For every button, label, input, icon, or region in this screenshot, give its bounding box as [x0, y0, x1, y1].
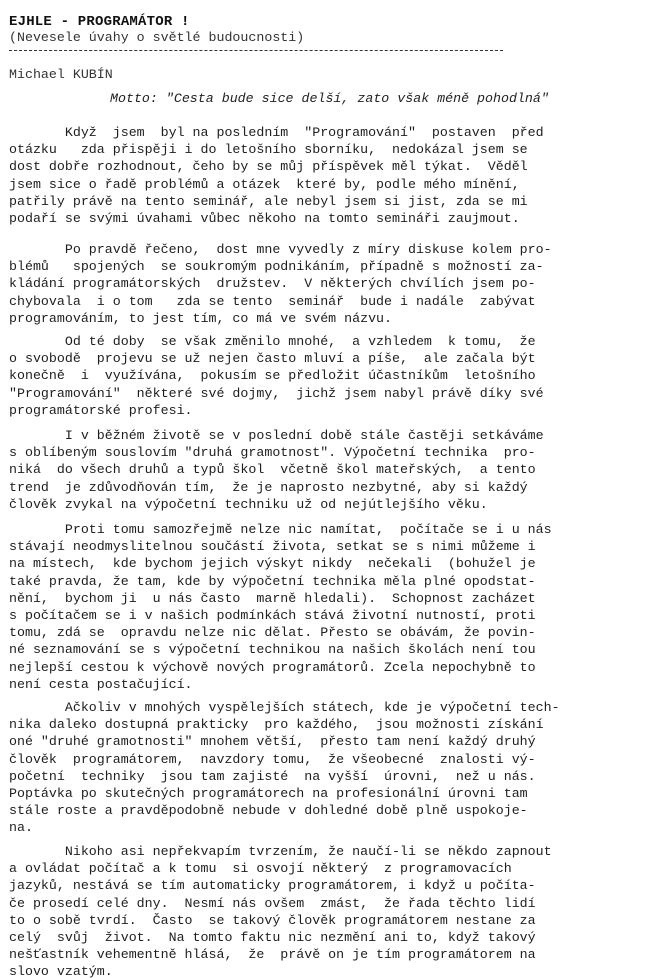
text-line: I v běžném životě se v poslední době stá…: [9, 427, 659, 444]
text-line: s oblíbeným souslovím "druhá gramotnost"…: [9, 444, 659, 461]
text-line: né seznamování se s výpočetní technikou …: [9, 641, 659, 658]
text-line: slovo vzatým.: [9, 963, 659, 978]
text-line: nika daleko dostupná prakticky pro každé…: [9, 716, 659, 733]
text-line: není cesta postačující.: [9, 676, 659, 693]
text-line: blémů spojených se soukromým podnikáním,…: [9, 258, 659, 275]
text-line: stávají neodmyslitelnou součástí života,…: [9, 538, 659, 555]
text-line: Když jsem byl na posledním "Programování…: [9, 124, 659, 141]
text-line: če prosedí celé dny. Nesmí nás ovšem zmá…: [9, 895, 659, 912]
text-line: s počítačem se i v našich podmínkách stá…: [9, 607, 659, 624]
text-line: Po pravdě řečeno, dost mne vyvedly z mír…: [9, 241, 659, 258]
scanned-document-page: EJHLE - PROGRAMÁTOR ! (Nevesele úvahy o …: [0, 0, 660, 978]
text-line: stále roste a pravděpodobně nebude v doh…: [9, 802, 659, 819]
text-line: trend je zdůvodňován tím, že je naprosto…: [9, 479, 659, 496]
text-line: jazyků, nestává se tím automaticky progr…: [9, 877, 659, 894]
author-name: Michael KUBÍN: [9, 67, 113, 82]
article-subtitle: (Nevesele úvahy o světlé budoucnosti): [9, 30, 304, 45]
text-line: oné "druhé gramotnosti" mnohem větší, př…: [9, 733, 659, 750]
text-line: Ačkoliv v mnohých vyspělejších státech, …: [9, 699, 659, 716]
text-line: kládání programátorských družstev. V něk…: [9, 275, 659, 292]
text-line: dost dobře rozhodnout, čeho by se můj př…: [9, 158, 659, 175]
paragraph: Po pravdě řečeno, dost mne vyvedly z mír…: [9, 241, 659, 327]
text-line: niká do všech druhů a typů škol včetně š…: [9, 461, 659, 478]
paragraph: Nikoho asi nepřekvapím tvrzením, že nauč…: [9, 843, 659, 978]
text-line: Nikoho asi nepřekvapím tvrzením, že nauč…: [9, 843, 659, 860]
text-line: o svobodě projevu se už nejen často mluv…: [9, 350, 659, 367]
text-line: člověk programátorem, navzdory tomu, že …: [9, 751, 659, 768]
text-line: programátorské profesi.: [9, 402, 659, 419]
paragraph: Od té doby se však změnilo mnohé, a vzhl…: [9, 333, 659, 419]
dashed-divider: [9, 50, 503, 51]
text-line: konečně i využívána, pokusím se předloži…: [9, 367, 659, 384]
text-line: programováním, to jest tím, co má ve své…: [9, 310, 659, 327]
article-title: EJHLE - PROGRAMÁTOR !: [9, 14, 190, 30]
text-line: člověk zvykal na výpočetní techniku už o…: [9, 496, 659, 513]
text-line: také pravda, že tam, kde by výpočetní te…: [9, 573, 659, 590]
text-line: na.: [9, 819, 659, 836]
paragraph: Když jsem byl na posledním "Programování…: [9, 124, 659, 227]
text-line: Proti tomu samozřejmě nelze nic namítat,…: [9, 521, 659, 538]
paragraph: Proti tomu samozřejmě nelze nic namítat,…: [9, 521, 659, 693]
text-line: patřily právě na tento seminář, ale neby…: [9, 193, 659, 210]
paragraph: Ačkoliv v mnohých vyspělejších státech, …: [9, 699, 659, 837]
text-line: nění, bychom ji u nás často marně hledal…: [9, 590, 659, 607]
text-line: to o sobě tvrdí. Často se takový člověk …: [9, 912, 659, 929]
text-line: chybovala i o tom zda se tento seminář b…: [9, 293, 659, 310]
paragraph: I v běžném životě se v poslední době stá…: [9, 427, 659, 513]
text-line: nejlepší cestou k výchově nových program…: [9, 659, 659, 676]
text-line: podaří se svými úvahami vůbec někoho na …: [9, 210, 659, 227]
text-line: Od té doby se však změnilo mnohé, a vzhl…: [9, 333, 659, 350]
text-line: otázku zda přispěji i do letošního sborn…: [9, 141, 659, 158]
text-line: Poptávka po skutečných programátorech na…: [9, 785, 659, 802]
text-line: na místech, kde bychom jejich výskyt nik…: [9, 555, 659, 572]
text-line: jsem sice o řadě problémů a otázek které…: [9, 176, 659, 193]
text-line: nešťastník vehementně hlásá, že právě on…: [9, 946, 659, 963]
motto-quote: Motto: "Cesta bude sice delší, zato však…: [110, 91, 549, 106]
text-line: celý svůj život. Na tomto faktu nic nezm…: [9, 929, 659, 946]
text-line: "Programování" některé své dojmy, jichž …: [9, 385, 659, 402]
text-line: a ovládat počítač a k tomu si osvojí něk…: [9, 860, 659, 877]
text-line: početní techniky jsou tam zajisté na vyš…: [9, 768, 659, 785]
text-line: tomu, zdá se opravdu nelze nic dělat. Př…: [9, 624, 659, 641]
